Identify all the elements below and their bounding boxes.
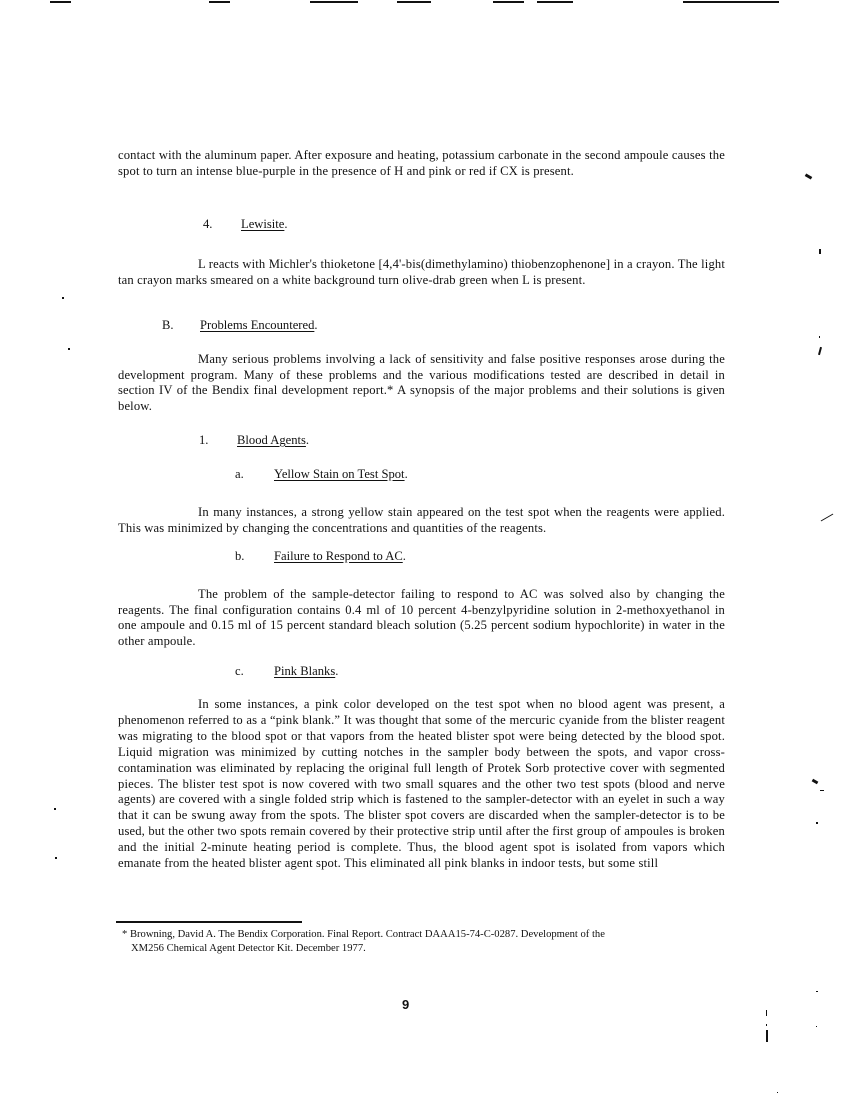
heading-blood-agents: 1.Blood Agents. xyxy=(199,432,309,448)
paragraph-problems: Many serious problems involving a lack o… xyxy=(118,352,725,414)
heading-title: Lewisite xyxy=(241,217,284,231)
scan-artifact-speck xyxy=(816,822,818,824)
scan-artifact-speck xyxy=(816,1026,817,1027)
scan-artifact-top xyxy=(683,1,779,3)
scan-artifact-speck xyxy=(777,1092,778,1093)
heading-problems-encountered: B.Problems Encountered. xyxy=(162,317,318,333)
heading-title: Blood Agents xyxy=(237,433,306,447)
heading-title: Yellow Stain on Test Spot xyxy=(274,467,405,481)
scan-artifact-top xyxy=(310,1,358,3)
footnote-line: XM256 Chemical Agent Detector Kit. Decem… xyxy=(122,942,720,956)
scan-artifact-top xyxy=(50,1,71,3)
heading-number: a. xyxy=(235,466,274,482)
scan-artifact-speck xyxy=(766,1010,767,1016)
document-page: contact with the aluminum paper. After e… xyxy=(0,0,850,1100)
scan-artifact-speck xyxy=(820,790,824,791)
paragraph-text: Many serious problems involving a lack o… xyxy=(118,352,725,413)
footnote-line: * Browning, David A. The Bendix Corporat… xyxy=(122,929,605,940)
scan-artifact-speck xyxy=(821,514,834,522)
scan-artifact-top xyxy=(493,1,524,3)
footnote: * Browning, David A. The Bendix Corporat… xyxy=(122,928,720,955)
heading-title: Problems Encountered xyxy=(200,318,314,332)
heading-title: Pink Blanks xyxy=(274,664,335,678)
heading-number: 4. xyxy=(203,216,241,232)
scan-artifact-speck xyxy=(805,173,813,179)
paragraph-text: In many instances, a strong yellow stain… xyxy=(118,505,725,535)
heading-suffix: . xyxy=(314,318,317,332)
heading-title: Failure to Respond to AC xyxy=(274,549,403,563)
paragraph-lewisite: L reacts with Michler's thioketone [4,4'… xyxy=(118,257,725,288)
scan-artifact-speck xyxy=(68,348,70,350)
heading-lewisite: 4.Lewisite. xyxy=(203,216,288,232)
heading-pink-blanks: c.Pink Blanks. xyxy=(235,663,338,679)
heading-number: b. xyxy=(235,548,274,564)
heading-suffix: . xyxy=(284,217,287,231)
paragraph-yellow-stain: In many instances, a strong yellow stain… xyxy=(118,505,725,536)
scan-artifact-speck xyxy=(55,857,57,859)
scan-artifact-speck xyxy=(818,347,822,355)
scan-artifact-speck xyxy=(766,1030,768,1042)
scan-artifact-speck xyxy=(819,249,821,254)
paragraph-failure: The problem of the sample-detector faili… xyxy=(118,587,725,649)
heading-number: 1. xyxy=(199,432,237,448)
paragraph-text: The problem of the sample-detector faili… xyxy=(118,587,725,648)
scan-artifact-top xyxy=(397,1,431,3)
paragraph-text: contact with the aluminum paper. After e… xyxy=(118,148,725,178)
heading-number: B. xyxy=(162,317,200,333)
paragraph-text: L reacts with Michler's thioketone [4,4'… xyxy=(118,257,725,287)
scan-artifact-speck xyxy=(766,1024,767,1026)
heading-suffix: . xyxy=(335,664,338,678)
scan-artifact-speck xyxy=(816,991,818,992)
scan-artifact-speck xyxy=(62,297,64,299)
scan-artifact-speck xyxy=(819,336,820,338)
scan-artifact-speck xyxy=(812,779,819,785)
paragraph-continuation: contact with the aluminum paper. After e… xyxy=(118,148,725,179)
paragraph-pink-blanks: In some instances, a pink color develope… xyxy=(118,697,725,872)
heading-yellow-stain: a.Yellow Stain on Test Spot. xyxy=(235,466,408,482)
heading-number: c. xyxy=(235,663,274,679)
heading-failure-to-respond: b.Failure to Respond to AC. xyxy=(235,548,406,564)
heading-suffix: . xyxy=(306,433,309,447)
paragraph-text: In some instances, a pink color develope… xyxy=(118,697,725,870)
heading-suffix: . xyxy=(403,549,406,563)
scan-artifact-speck xyxy=(54,808,56,810)
scan-artifact-top xyxy=(537,1,573,3)
page-number: 9 xyxy=(402,997,409,1012)
footnote-divider xyxy=(116,921,302,923)
heading-suffix: . xyxy=(405,467,408,481)
scan-artifact-top xyxy=(209,1,230,3)
